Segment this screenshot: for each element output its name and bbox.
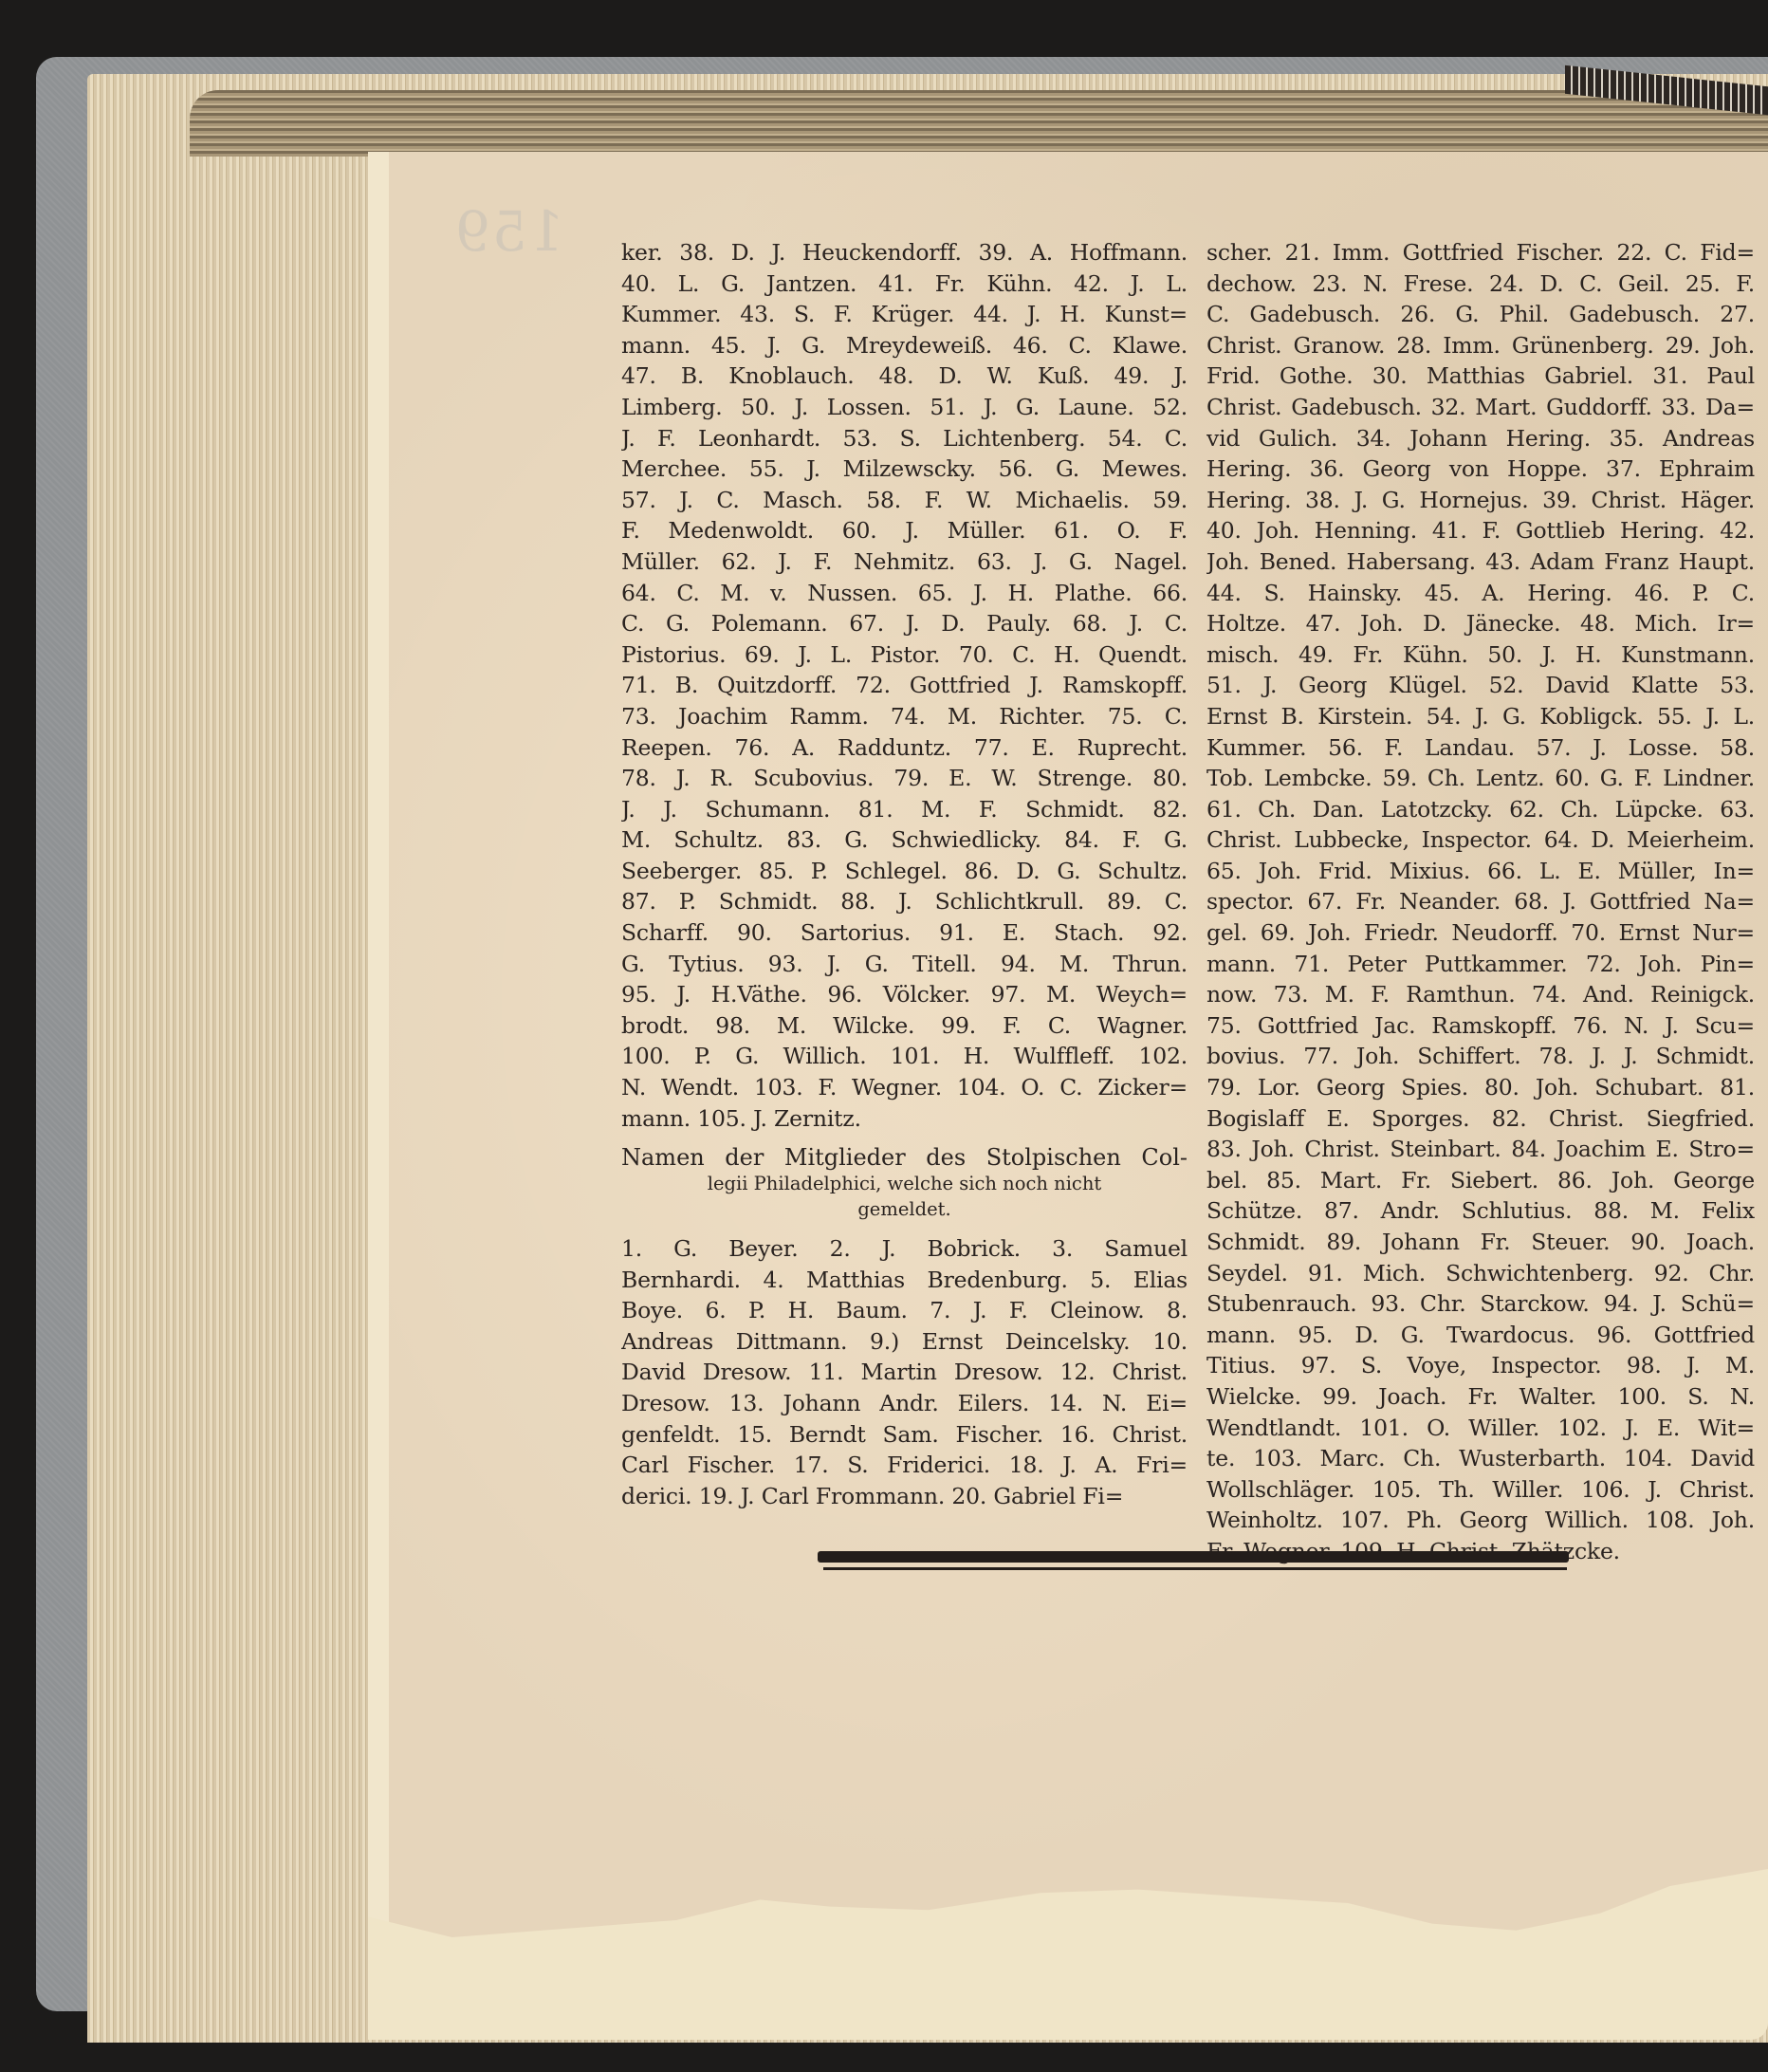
text-line: Kummer. 56. F. Landau. 57. J. Losse. 58. bbox=[1206, 732, 1755, 764]
right-column-unreported-members-list: scher. 21. Imm. Gottfried Fischer. 22. C… bbox=[1206, 237, 1755, 1567]
text-line: Wollschläger. 105. Th. Willer. 106. J. C… bbox=[1206, 1474, 1755, 1506]
text-line: Tob. Lembcke. 59. Ch. Lentz. 60. G. F. L… bbox=[1206, 763, 1755, 794]
text-line: 57. J. C. Masch. 58. F. W. Michaelis. 59… bbox=[621, 485, 1188, 516]
text-line: brodt. 98. M. Wilcke. 99. F. C. Wagner. bbox=[621, 1010, 1188, 1042]
text-line: Joh. Bened. Habersang. 43. Adam Franz Ha… bbox=[1206, 546, 1755, 578]
text-line: N. Wendt. 103. F. Wegner. 104. O. C. Zic… bbox=[621, 1072, 1188, 1103]
text-line: 51. J. Georg Klügel. 52. David Klatte 53… bbox=[1206, 670, 1755, 701]
text-line: dechow. 23. N. Frese. 24. D. C. Geil. 25… bbox=[1206, 268, 1755, 300]
text-line: C. G. Polemann. 67. J. D. Pauly. 68. J. … bbox=[621, 608, 1188, 639]
text-line: Stubenrauch. 93. Chr. Starckow. 94. J. S… bbox=[1206, 1288, 1755, 1320]
text-line: Weinholtz. 107. Ph. Georg Willich. 108. … bbox=[1206, 1505, 1755, 1536]
section-heading-line-1: Namen der Mitglieder des Stolpischen Col… bbox=[621, 1145, 1188, 1171]
text-line: spector. 67. Fr. Neander. 68. J. Gottfri… bbox=[1206, 886, 1755, 917]
text-line: Merchee. 55. J. Milzewscky. 56. G. Mewes… bbox=[621, 453, 1188, 485]
text-line: 73. Joachim Ramm. 74. M. Richter. 75. C. bbox=[621, 701, 1188, 732]
text-line: J. F. Leonhardt. 53. S. Lichtenberg. 54.… bbox=[621, 423, 1188, 454]
text-line: bel. 85. Mart. Fr. Siebert. 86. Joh. Geo… bbox=[1206, 1165, 1755, 1196]
text-line: bovius. 77. Joh. Schiffert. 78. J. J. Sc… bbox=[1206, 1041, 1755, 1072]
text-line: mann. 45. J. G. Mreydeweiß. 46. C. Klawe… bbox=[621, 330, 1188, 361]
left-column-unreported-members-list: 1. G. Beyer. 2. J. Bobrick. 3. SamuelBer… bbox=[621, 1233, 1188, 1511]
text-line: Christ. Gadebusch. 32. Mart. Guddorff. 3… bbox=[1206, 392, 1755, 423]
text-line: Christ. Granow. 28. Imm. Grünenberg. 29.… bbox=[1206, 330, 1755, 361]
text-line: Wendtlandt. 101. O. Willer. 102. J. E. W… bbox=[1206, 1413, 1755, 1444]
text-line: G. Tytius. 93. J. G. Titell. 94. M. Thru… bbox=[621, 949, 1188, 980]
text-line: Ernst B. Kirstein. 54. J. G. Kobligck. 5… bbox=[1206, 701, 1755, 732]
text-line: now. 73. M. F. Ramthun. 74. And. Reinigc… bbox=[1206, 979, 1755, 1010]
text-line: Carl Fischer. 17. S. Friderici. 18. J. A… bbox=[621, 1450, 1188, 1481]
bleed-through-page-number: 159 bbox=[453, 199, 564, 264]
text-line: Hering. 38. J. G. Hornejus. 39. Christ. … bbox=[1206, 485, 1755, 516]
text-line: 100. P. G. Willich. 101. H. Wulffleff. 1… bbox=[621, 1041, 1188, 1072]
text-line: misch. 49. Fr. Kühn. 50. J. H. Kunstmann… bbox=[1206, 639, 1755, 671]
rule-thick-line bbox=[818, 1551, 1569, 1563]
text-line: David Dresow. 11. Martin Dresow. 12. Chr… bbox=[621, 1357, 1188, 1388]
text-line: 71. B. Quitzdorff. 72. Gottfried J. Rams… bbox=[621, 670, 1188, 701]
text-line: mann. 71. Peter Puttkammer. 72. Joh. Pin… bbox=[1206, 949, 1755, 980]
text-line: Reepen. 76. A. Radduntz. 77. E. Ruprecht… bbox=[621, 732, 1188, 764]
text-line: Pistorius. 69. J. L. Pistor. 70. C. H. Q… bbox=[621, 639, 1188, 671]
text-line: 78. J. R. Scubovius. 79. E. W. Strenge. … bbox=[621, 763, 1188, 794]
text-line: Andreas Dittmann. 9.) Ernst Deincelsky. … bbox=[621, 1326, 1188, 1358]
text-line: Christ. Lubbecke, Inspector. 64. D. Meie… bbox=[1206, 824, 1755, 856]
text-line: 44. S. Hainsky. 45. A. Hering. 46. P. C. bbox=[1206, 578, 1755, 609]
text-line: ker. 38. D. J. Heuckendorff. 39. A. Hoff… bbox=[621, 237, 1188, 268]
page-inner-margin bbox=[368, 152, 389, 2040]
text-line: 1. G. Beyer. 2. J. Bobrick. 3. Samuel bbox=[621, 1233, 1188, 1265]
page-top-edges bbox=[190, 90, 1768, 157]
text-line: genfeldt. 15. Berndt Sam. Fischer. 16. C… bbox=[621, 1419, 1188, 1451]
text-line: 79. Lor. Georg Spies. 80. Joh. Schubart.… bbox=[1206, 1072, 1755, 1103]
text-line: 47. B. Knoblauch. 48. D. W. Kuß. 49. J. bbox=[621, 361, 1188, 392]
text-line: Bogislaff E. Sporges. 82. Christ. Siegfr… bbox=[1206, 1103, 1755, 1135]
text-line: Holtze. 47. Joh. D. Jänecke. 48. Mich. I… bbox=[1206, 608, 1755, 639]
text-line: M. Schultz. 83. G. Schwiedlicky. 84. F. … bbox=[621, 824, 1188, 856]
text-line: Frid. Gothe. 30. Matthias Gabriel. 31. P… bbox=[1206, 361, 1755, 392]
text-line: derici. 19. J. Carl Frommann. 20. Gabrie… bbox=[621, 1481, 1188, 1512]
text-line: Seydel. 91. Mich. Schwichtenberg. 92. Ch… bbox=[1206, 1258, 1755, 1289]
text-line: Titius. 97. S. Voye, Inspector. 98. J. M… bbox=[1206, 1350, 1755, 1381]
text-line: 95. J. H.Väthe. 96. Völcker. 97. M. Weyc… bbox=[621, 979, 1188, 1010]
text-line: 65. Joh. Frid. Mixius. 66. L. E. Müller,… bbox=[1206, 856, 1755, 887]
text-line: Limberg. 50. J. Lossen. 51. J. G. Laune.… bbox=[621, 392, 1188, 423]
text-line: Boye. 6. P. H. Baum. 7. J. F. Cleinow. 8… bbox=[621, 1295, 1188, 1326]
text-line: mann. 105. J. Zernitz. bbox=[621, 1103, 1188, 1135]
text-line: C. Gadebusch. 26. G. Phil. Gadebusch. 27… bbox=[1206, 299, 1755, 330]
text-line: Wielcke. 99. Joach. Fr. Walter. 100. S. … bbox=[1206, 1381, 1755, 1413]
text-line: Schmidt. 89. Johann Fr. Steuer. 90. Joac… bbox=[1206, 1227, 1755, 1258]
section-heading-line-3: gemeldet. bbox=[621, 1196, 1188, 1222]
text-line: F. Medenwoldt. 60. J. Müller. 61. O. F. bbox=[621, 515, 1188, 546]
text-line: Seeberger. 85. P. Schlegel. 86. D. G. Sc… bbox=[621, 856, 1188, 887]
text-line: 40. L. G. Jantzen. 41. Fr. Kühn. 42. J. … bbox=[621, 268, 1188, 300]
text-line: Hering. 36. Georg von Hoppe. 37. Ephraim bbox=[1206, 453, 1755, 485]
text-line: Scharff. 90. Sartorius. 91. E. Stach. 92… bbox=[621, 917, 1188, 949]
section-heading: Namen der Mitglieder des Stolpischen Col… bbox=[621, 1145, 1188, 1222]
rule-thin-line bbox=[823, 1567, 1567, 1570]
text-line: gel. 69. Joh. Friedr. Neudorff. 70. Erns… bbox=[1206, 917, 1755, 949]
section-heading-line-2: legii Philadelphici, welche sich noch ni… bbox=[621, 1171, 1188, 1196]
double-horizontal-rule-divider bbox=[818, 1549, 1569, 1576]
text-line: 75. Gottfried Jac. Ramskopff. 76. N. J. … bbox=[1206, 1010, 1755, 1042]
text-line: 87. P. Schmidt. 88. J. Schlichtkrull. 89… bbox=[621, 886, 1188, 917]
text-line: Dresow. 13. Johann Andr. Eilers. 14. N. … bbox=[621, 1388, 1188, 1419]
text-line: Schütze. 87. Andr. Schlutius. 88. M. Fel… bbox=[1206, 1195, 1755, 1227]
text-line: 61. Ch. Dan. Latotzcky. 62. Ch. Lüpcke. … bbox=[1206, 794, 1755, 825]
left-column-member-list-continued: ker. 38. D. J. Heuckendorff. 39. A. Hoff… bbox=[621, 237, 1188, 1134]
text-line: scher. 21. Imm. Gottfried Fischer. 22. C… bbox=[1206, 237, 1755, 268]
text-line: 64. C. M. v. Nussen. 65. J. H. Plathe. 6… bbox=[621, 578, 1188, 609]
text-line: 83. Joh. Christ. Steinbart. 84. Joachim … bbox=[1206, 1134, 1755, 1165]
text-line: Bernhardi. 4. Matthias Bredenburg. 5. El… bbox=[621, 1265, 1188, 1296]
text-line: te. 103. Marc. Ch. Wusterbarth. 104. Dav… bbox=[1206, 1443, 1755, 1474]
text-line: vid Gulich. 34. Johann Hering. 35. Andre… bbox=[1206, 423, 1755, 454]
text-line: mann. 95. D. G. Twardocus. 96. Gottfried bbox=[1206, 1320, 1755, 1351]
text-line: J. J. Schumann. 81. M. F. Schmidt. 82. bbox=[621, 794, 1188, 825]
text-line: 40. Joh. Henning. 41. F. Gottlieb Hering… bbox=[1206, 515, 1755, 546]
text-line: Kummer. 43. S. F. Krüger. 44. J. H. Kuns… bbox=[621, 299, 1188, 330]
text-line: Müller. 62. J. F. Nehmitz. 63. J. G. Nag… bbox=[621, 546, 1188, 578]
